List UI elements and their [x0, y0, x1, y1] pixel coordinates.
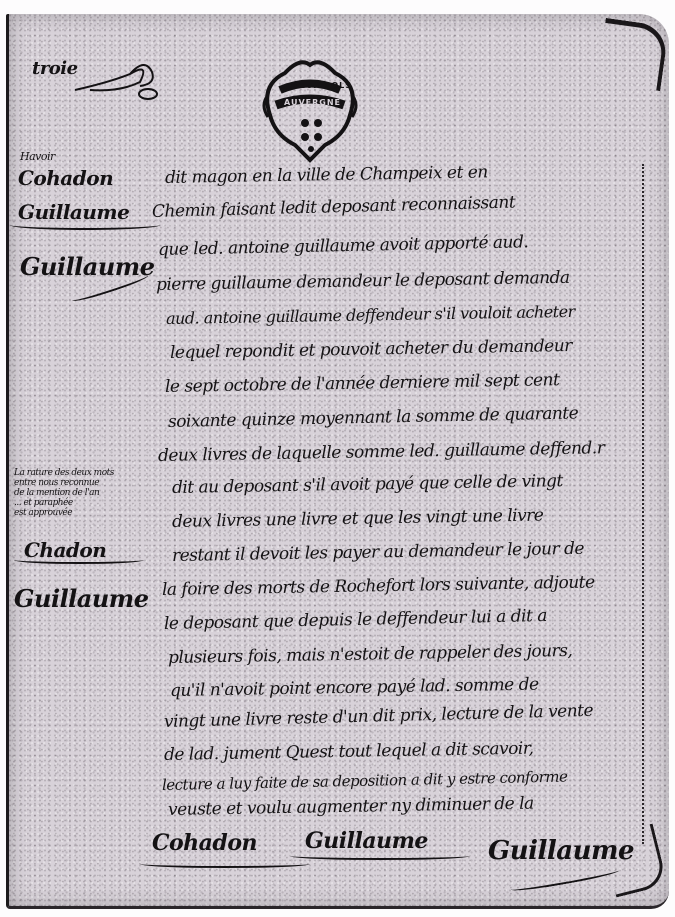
- signature-underline: [10, 220, 160, 230]
- torn-corner-top: [597, 18, 669, 91]
- bottom-signature-guillaume-1: Guillaume: [305, 828, 428, 854]
- margin-approval-note: La rature des deux mots entre nous recon…: [14, 468, 132, 518]
- auvergne-fiscal-stamp-icon: DEUX SOLS AUVERGNE: [250, 55, 370, 165]
- margin-header-word: Havoir: [20, 150, 55, 163]
- margin-note-line: est approuvée: [14, 508, 132, 518]
- margin-note-line: de la mention de l'an: [14, 488, 132, 498]
- margin-note-line: entre nous reconnue: [14, 478, 132, 488]
- signature-underline: [140, 860, 310, 868]
- bottom-signature-cohadon: Cohadon: [152, 830, 257, 856]
- signature-underline: [290, 852, 470, 860]
- signature-underline: [14, 556, 144, 564]
- right-margin-rule: [642, 164, 646, 844]
- stamp-top-text: DEUX SOLS: [292, 81, 352, 90]
- margin-signature-cohadon: Cohadon: [18, 166, 113, 190]
- margin-note-line: ... et paraphée: [14, 498, 132, 508]
- stamp-band-text: AUVERGNE: [284, 98, 341, 107]
- margin-signature-guillaume-3: Guillaume: [14, 584, 148, 613]
- bottom-signature-guillaume-2: Guillaume: [488, 836, 634, 866]
- paraph-flourish-icon: [70, 52, 160, 102]
- margin-note-line: La rature des deux mots: [14, 468, 132, 478]
